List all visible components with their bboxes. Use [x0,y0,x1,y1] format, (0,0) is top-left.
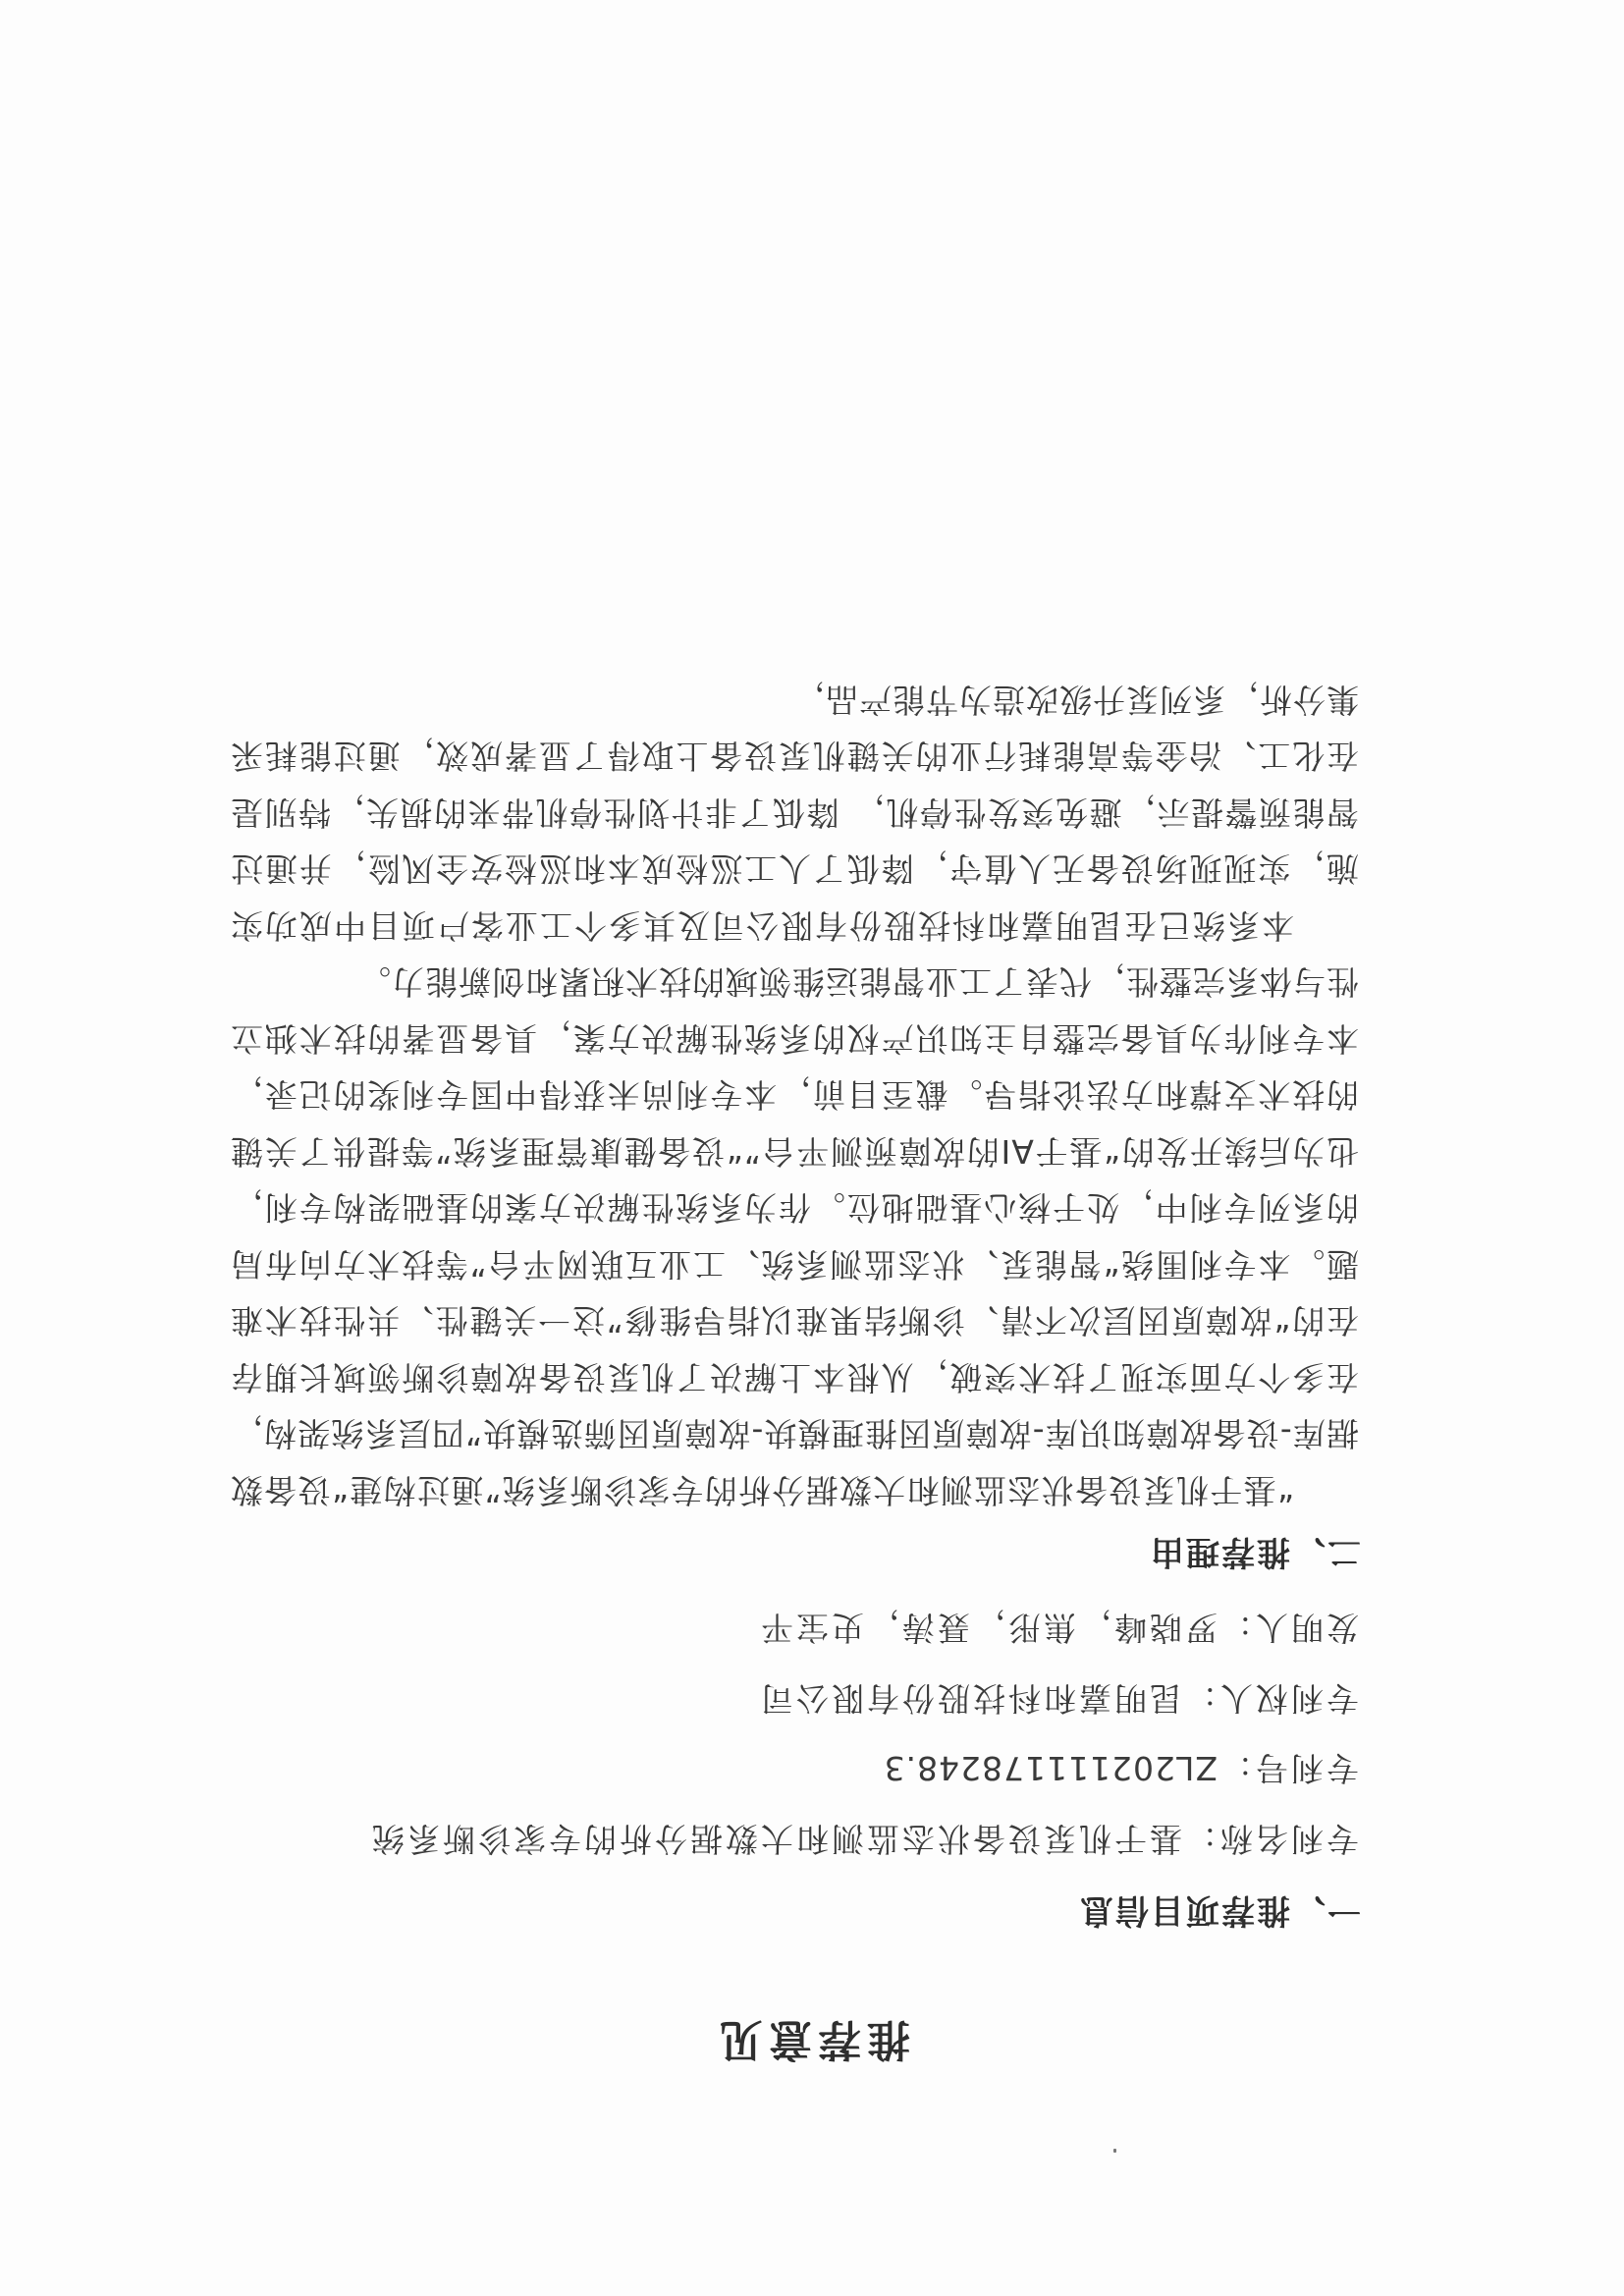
patentee-label: 专利权人： [1182,1679,1359,1718]
patent-number-label: 专利号： [1218,1749,1359,1787]
patent-name-label: 专利名称： [1182,1820,1359,1858]
inventors-label: 发明人： [1218,1609,1359,1647]
patentee-line: 专利权人：昆明嘉和科技股份有限公司 [758,1677,1359,1723]
scan-speck [1113,2149,1116,2153]
patentee-value: 昆明嘉和科技股份有限公司 [758,1679,1182,1718]
document-title: 推荐意见 [0,2012,1624,2075]
patent-number-line: 专利号：ZL202111178248.3 [884,1747,1359,1793]
recommendation-body: “基于机泵设备状态监测和大数据分析的专家诊断系统”通过构建“设备数据库-设备故障… [230,672,1359,1519]
inventors-line: 发明人：罗晓峰，焦彤，聂涛，史宝平 [758,1607,1359,1653]
body-paragraph-2: 本系统已在昆明嘉和科技股份有限公司及其多个工业客户项目中成功实施，实现现场设备无… [230,672,1359,955]
body-paragraph-1: “基于机泵设备状态监测和大数据分析的专家诊断系统”通过构建“设备数据库-设备故障… [230,954,1359,1518]
patent-name-line: 专利名称：基于机泵设备状态监测和大数据分析的专家诊断系统 [369,1818,1359,1864]
section-heading-project-info: 一、推荐项目信息 [1078,1889,1361,1938]
inventors-value: 罗晓峰，焦彤，聂涛，史宝平 [758,1609,1218,1647]
patent-name-value: 基于机泵设备状态监测和大数据分析的专家诊断系统 [369,1820,1182,1858]
patent-number-value: ZL202111178248.3 [884,1749,1218,1787]
document-page: 推荐意见 一、推荐项目信息 专利名称：基于机泵设备状态监测和大数据分析的专家诊断… [0,0,1624,2296]
section-heading-recommendation-reason: 二、推荐理由 [1149,1531,1361,1579]
